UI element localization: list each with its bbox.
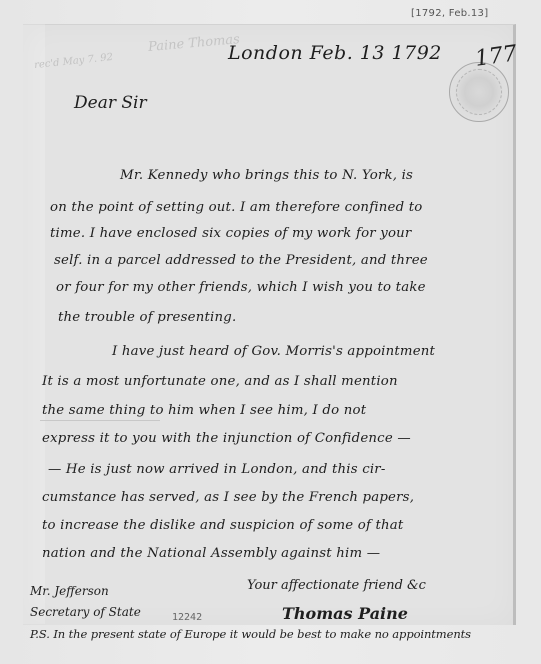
postscript: P.S. In the present state of Europe it w…	[30, 627, 471, 641]
addressee-name: Mr. Jefferson	[30, 584, 109, 598]
body-line: the trouble of presenting.	[58, 310, 236, 325]
body-line: cumstance has served, as I see by the Fr…	[42, 490, 414, 505]
body-line: to increase the dislike and suspicion of…	[42, 518, 403, 533]
body-line: Mr. Kennedy who brings this to N. York, …	[120, 168, 413, 183]
body-line: It is a most unfortunate one, and as I s…	[42, 374, 398, 389]
body-line: time. I have enclosed six copies of my w…	[50, 226, 412, 241]
underline-mark	[40, 420, 160, 421]
body-line: or four for my other friends, which I wi…	[56, 280, 426, 295]
sheet-fold-shadow	[23, 24, 45, 624]
body-line: I have just heard of Gov. Morris's appoi…	[112, 344, 435, 359]
body-line: self. in a parcel addressed to the Presi…	[54, 253, 428, 268]
complimentary-closing: Your affectionate friend &c	[247, 578, 426, 593]
body-line: nation and the National Assembly against…	[42, 546, 380, 561]
addressee-title: Secretary of State	[30, 605, 141, 619]
archival-date-note: [1792, Feb.13]	[411, 8, 488, 19]
body-line: express it to you with the injunction of…	[42, 431, 411, 446]
signature: Thomas Paine	[282, 604, 408, 623]
body-line: — He is just now arrived in London, and …	[48, 462, 386, 477]
salutation: Dear Sir	[74, 93, 147, 113]
dateline: London Feb. 13 1792	[228, 42, 442, 64]
body-line: on the point of setting out. I am theref…	[50, 200, 423, 215]
body-line: the same thing to him when I see him, I …	[42, 403, 366, 418]
catalog-number: 12242	[172, 612, 202, 623]
